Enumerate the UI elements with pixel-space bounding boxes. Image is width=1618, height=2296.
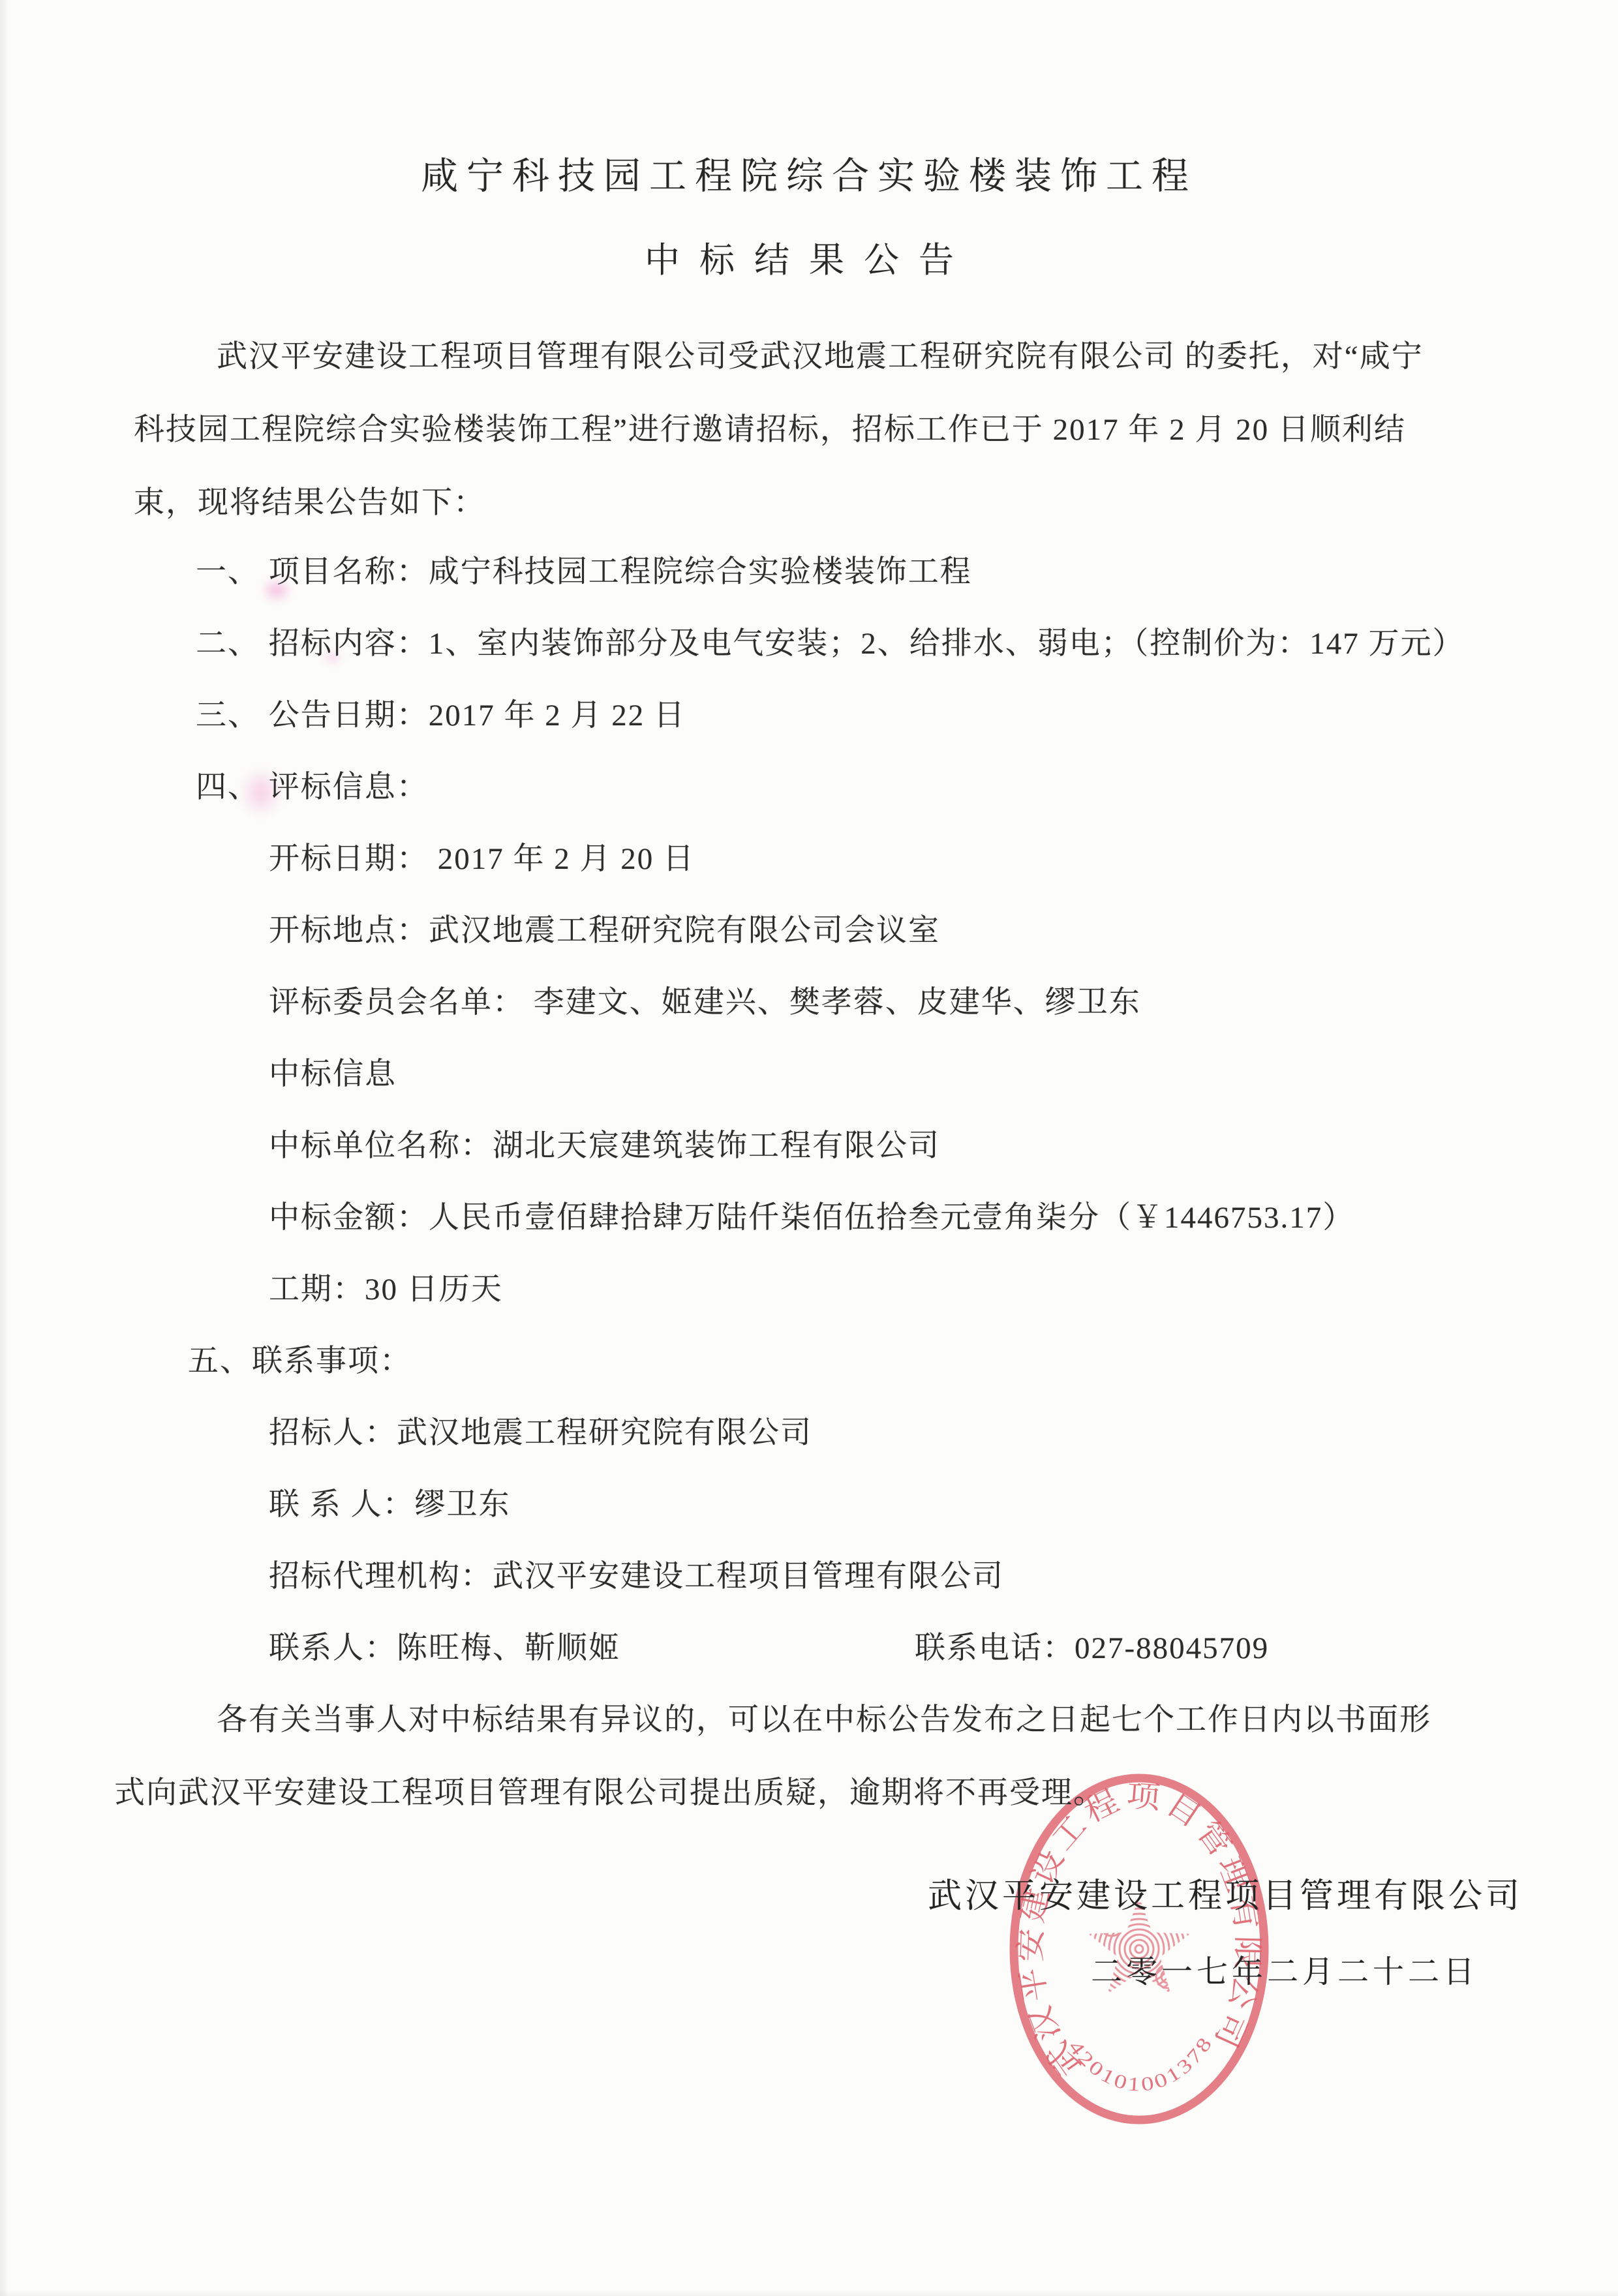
document-title-line2: 中标结果公告 (0, 243, 1618, 278)
list-item-bid-content: 二、 招标内容：1、室内装饰部分及电气安装；2、给排水、弱电；（控制价为：147… (196, 629, 1465, 659)
list-item-notice-date: 三、 公告日期：2017 年 2 月 22 日 (196, 701, 686, 731)
signature-company: 武汉平安建设工程项目管理有限公司 (928, 1880, 1523, 1914)
winning-bidder: 中标单位名称：湖北天宸建筑装饰工程有限公司 (269, 1131, 940, 1162)
bid-opening-place: 开标地点：武汉地震工程研究院有限公司会议室 (269, 916, 940, 946)
intro-line-2: 科技园工程院综合实验楼装饰工程”进行邀请招标，招标工作已于 2017 年 2 月… (134, 415, 1406, 446)
construction-duration: 工期：30 日历天 (269, 1275, 503, 1305)
list-item-contact-matters: 五、联系事项： (188, 1346, 412, 1377)
intro-line-3: 束，现将结果公告如下： (134, 488, 485, 519)
closing-line-2: 式向武汉平安建设工程项目管理有限公司提出质疑，逾期将不再受理。 (114, 1778, 1105, 1809)
tenderee: 招标人：武汉地震工程研究院有限公司 (269, 1418, 812, 1449)
intro-line-1: 武汉平安建设工程项目管理有限公司受武汉地震工程研究院有限公司 的委托，对“咸宁 (217, 342, 1424, 372)
scanned-document-page: 武汉平安建设工程项目管理有限公司 4201010013787 咸宁科技园工程院综… (0, 0, 1618, 2296)
agency-phone: 联系电话：027-88045709 (915, 1633, 1269, 1664)
tenderee-contact: 联 系 人：缪卫东 (269, 1490, 511, 1520)
bidding-agency: 招标代理机构：武汉平安建设工程项目管理有限公司 (269, 1562, 1004, 1592)
document-title-line1: 咸宁科技园工程院综合实验楼装饰工程 (0, 158, 1618, 195)
bid-opening-date: 开标日期： 2017 年 2 月 20 日 (269, 844, 695, 875)
winning-amount: 中标金额：人民币壹佰肆拾肆万陆仟柒佰伍拾叁元壹角柒分（￥1446753.17） (269, 1203, 1354, 1233)
evaluation-committee: 评标委员会名单： 李建文、姬建兴、樊孝蓉、皮建华、缪卫东 (269, 988, 1141, 1018)
agency-contacts: 联系人：陈旺梅、靳顺姬 (269, 1633, 620, 1664)
closing-line-1: 各有关当事人对中标结果有异议的，可以在中标公告发布之日起七个工作日内以书面形 (217, 1705, 1431, 1736)
signature-date: 二零一七年二月二十二日 (1091, 1957, 1478, 1988)
company-seal: 武汉平安建设工程项目管理有限公司 4201010013787 (972, 1761, 1311, 2126)
award-info-heading: 中标信息 (269, 1059, 397, 1090)
list-item-evaluation-info: 四、 评标信息： (196, 772, 429, 803)
list-item-project-name: 一、 项目名称：咸宁科技园工程院综合实验楼装饰工程 (196, 557, 972, 588)
